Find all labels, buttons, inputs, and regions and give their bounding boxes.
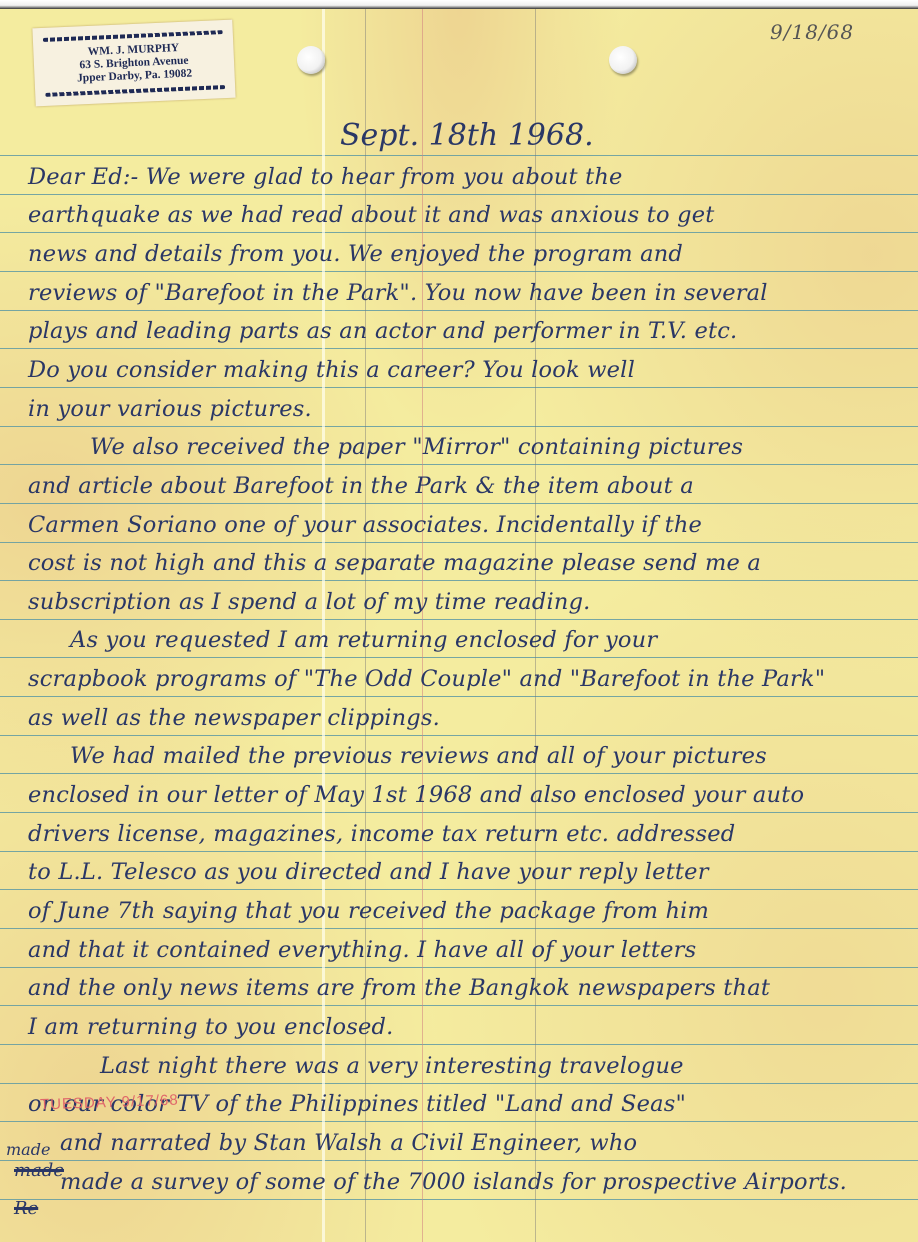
rule-line — [0, 773, 918, 774]
label-wave-bottom — [45, 85, 225, 97]
rule-line — [0, 503, 918, 504]
letter-line: of June 7th saying that you received the… — [28, 898, 709, 924]
punch-hole-left — [297, 46, 325, 74]
rule-line — [0, 889, 918, 890]
rule-line — [0, 232, 918, 233]
rule-line — [0, 271, 918, 272]
letter-line: Dear Ed:- We were glad to hear from you … — [28, 164, 623, 190]
label-wave-top — [43, 30, 223, 42]
rule-line — [0, 194, 918, 195]
rule-line — [0, 619, 918, 620]
letter-line: cost is not high and this a separate mag… — [28, 550, 761, 576]
letter-line: in your various pictures. — [28, 396, 312, 422]
struck-word: made — [14, 1160, 64, 1181]
paper-top-edge — [0, 0, 918, 9]
rule-line — [0, 812, 918, 813]
letter-line: Last night there was a very interesting … — [100, 1053, 684, 1079]
rule-line — [0, 464, 918, 465]
rule-line — [0, 1121, 918, 1122]
struck-word: Re — [14, 1198, 38, 1219]
letter-line: news and details from you. We enjoyed th… — [28, 241, 683, 267]
rule-line — [0, 1160, 918, 1161]
letter-line: I am returning to you enclosed. — [28, 1014, 393, 1040]
letter-line: We also received the paper "Mirror" cont… — [90, 434, 743, 460]
rule-line — [0, 542, 918, 543]
rule-line — [0, 1005, 918, 1006]
letter-line: earthquake as we had read about it and w… — [28, 202, 714, 228]
rule-line — [0, 928, 918, 929]
letter-line: and the only news items are from the Ban… — [28, 975, 770, 1001]
address-label: WM. J. MURPHY 63 S. Brighton Avenue Jppe… — [32, 20, 235, 107]
letter-line: drivers license, magazines, income tax r… — [28, 821, 735, 847]
rule-line — [0, 348, 918, 349]
letter-line: and narrated by Stan Walsh a Civil Engin… — [60, 1130, 637, 1156]
letter-date: Sept. 18th 1968. — [340, 118, 594, 153]
letter-line: scrapbook programs of "The Odd Couple" a… — [28, 666, 825, 692]
rule-line — [0, 1083, 918, 1084]
letter-line: As you requested I am returning enclosed… — [70, 627, 657, 653]
letter-line: as well as the newspaper clippings. — [28, 705, 440, 731]
rule-line — [0, 657, 918, 658]
inserted-word: made — [6, 1140, 50, 1159]
letter-line: and that it contained everything. I have… — [28, 937, 696, 963]
letter-line: plays and leading parts as an actor and … — [28, 318, 737, 344]
rule-line — [0, 310, 918, 311]
letter-line: Do you consider making this a career? Yo… — [28, 357, 635, 383]
letter-line: to L.L. Telesco as you directed and I ha… — [28, 859, 709, 885]
rule-line — [0, 155, 918, 156]
rule-line — [0, 1199, 918, 1200]
letter-line: Carmen Soriano one of your associates. I… — [28, 512, 702, 538]
corner-pencil-date: 9/18/68 — [770, 20, 854, 44]
rule-line — [0, 851, 918, 852]
letter-line: enclosed in our letter of May 1st 1968 a… — [28, 782, 804, 808]
rule-line — [0, 735, 918, 736]
rule-line — [0, 1044, 918, 1045]
punch-hole-right — [609, 46, 637, 74]
rule-line — [0, 387, 918, 388]
rule-line — [0, 696, 918, 697]
letter-line: We had mailed the previous reviews and a… — [70, 743, 767, 769]
letter-line: and article about Barefoot in the Park &… — [28, 473, 694, 499]
letter-line: reviews of "Barefoot in the Park". You n… — [28, 280, 768, 306]
letter-line: made a survey of some of the 7000 island… — [60, 1169, 847, 1195]
rule-line — [0, 426, 918, 427]
rule-line — [0, 580, 918, 581]
rule-line — [0, 967, 918, 968]
letter-line: subscription as I spend a lot of my time… — [28, 589, 591, 615]
